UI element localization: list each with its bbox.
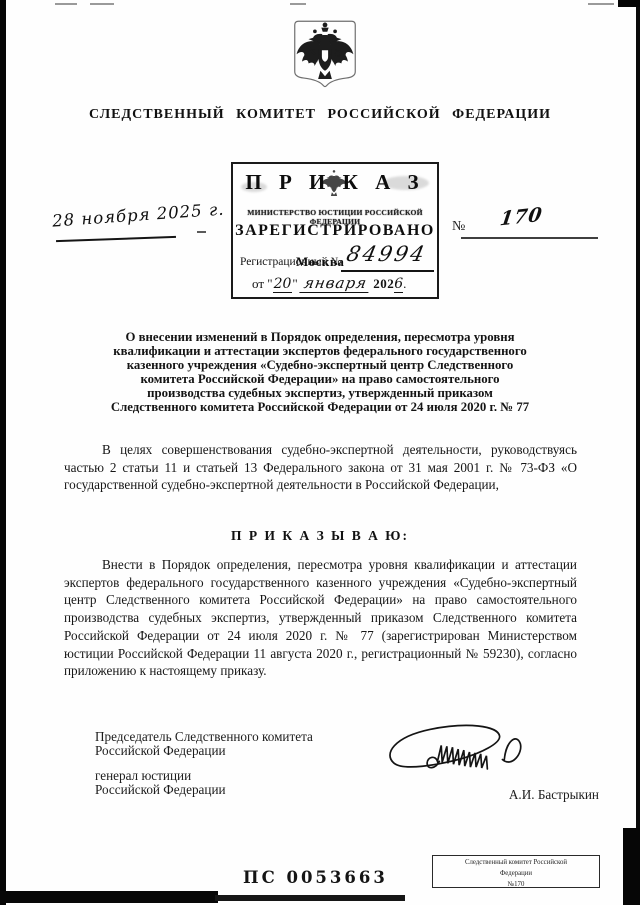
handwritten-signature [380, 720, 542, 784]
corner-stamp-line1: Следственный комитет Российской [433, 858, 599, 869]
scan-edge-top-corner [618, 0, 640, 7]
handwritten-reg-number: 84994 [344, 242, 428, 266]
order-number-underline [461, 237, 598, 239]
scan-dash [197, 231, 206, 233]
scan-dash [55, 3, 77, 5]
ministry-registration-stamp: П Р И К А З МИНИСТЕРСТВО ЮСТИЦИИ РОССИЙС… [231, 162, 439, 299]
signer-position: Председатель Следственного комитета Росс… [95, 730, 313, 757]
handwritten-day: 20 [273, 276, 293, 293]
blank-form-number: ПС 0053663 [243, 868, 388, 887]
stamp-date-open-quote: " [267, 276, 272, 291]
scan-edge-bottom [0, 891, 218, 903]
handwritten-order-number: 170 [499, 204, 545, 231]
order-word: П Р И К А З [233, 170, 437, 195]
order-paragraph: Внести в Порядок определения, пересмотра… [64, 556, 577, 680]
scan-edge-left [0, 0, 6, 905]
scanned-order-document: СЛЕДСТВЕННЫЙ КОМИТЕТ РОССИЙСКОЙ ФЕДЕРАЦИ… [0, 0, 640, 905]
signer-position-line2: Российской Федерации [95, 744, 313, 758]
order-number-label: № [452, 219, 465, 235]
title-line: производства судебных экспертиз, утвержд… [40, 387, 600, 401]
scan-edge-right [636, 0, 640, 905]
title-line: О внесении изменений в Порядок определен… [40, 331, 600, 345]
corner-stamp-line2: Федерации [433, 869, 599, 880]
title-line: казенного учреждения «Судебно-экспертный… [40, 359, 600, 373]
scan-edge-right-bottom [623, 828, 640, 905]
preamble-paragraph: В целях совершенствования судебно-экспер… [64, 441, 577, 494]
document-title: О внесении изменений в Порядок определен… [40, 331, 600, 414]
title-line: Следственного комитета Российской Федера… [40, 401, 600, 415]
scan-dash [588, 3, 614, 5]
scan-dash [90, 3, 114, 5]
printed-year: 202 [373, 276, 394, 291]
stamp-date-period: . [403, 276, 406, 291]
title-line: квалификации и аттестации экспертов феде… [40, 345, 600, 359]
corner-stamp-line3: №170 [433, 880, 599, 891]
signer-rank: генерал юстиции Российской Федерации [95, 769, 226, 796]
stamp-date-prefix: от [252, 276, 264, 291]
stamp-registration-date: от "20" января 2026. [252, 274, 406, 293]
stamp-date-close-quote: " [292, 276, 297, 291]
scan-dash [290, 3, 306, 5]
stamp-reg-number-label: Регистрационный № [240, 256, 341, 268]
signer-rank-line2: Российской Федерации [95, 783, 226, 797]
corner-registration-box: Следственный комитет Российской Федераци… [432, 855, 600, 888]
handwritten-issue-date: 28 ноября 2025 г. [52, 200, 213, 230]
reg-number-underline [341, 270, 434, 272]
organization-header: СЛЕДСТВЕННЫЙ КОМИТЕТ РОССИЙСКОЙ ФЕДЕРАЦИ… [0, 107, 640, 123]
signer-position-line1: Председатель Следственного комитета [95, 730, 313, 744]
handwritten-month: января [299, 274, 371, 293]
date-underline [56, 236, 176, 242]
russian-coat-of-arms-icon [292, 17, 358, 97]
scan-edge-bottom-faint [215, 895, 405, 901]
stamp-registered-word: ЗАРЕГИСТРИРОВАНО [233, 222, 437, 240]
decree-word: П Р И К А З Ы В А Ю: [0, 528, 640, 544]
signer-rank-line1: генерал юстиции [95, 769, 226, 783]
title-line: комитета Российской Федерации» на право … [40, 373, 600, 387]
handwritten-year-digit: 6 [394, 276, 403, 293]
signer-name: А.И. Бастрыкин [509, 787, 599, 803]
